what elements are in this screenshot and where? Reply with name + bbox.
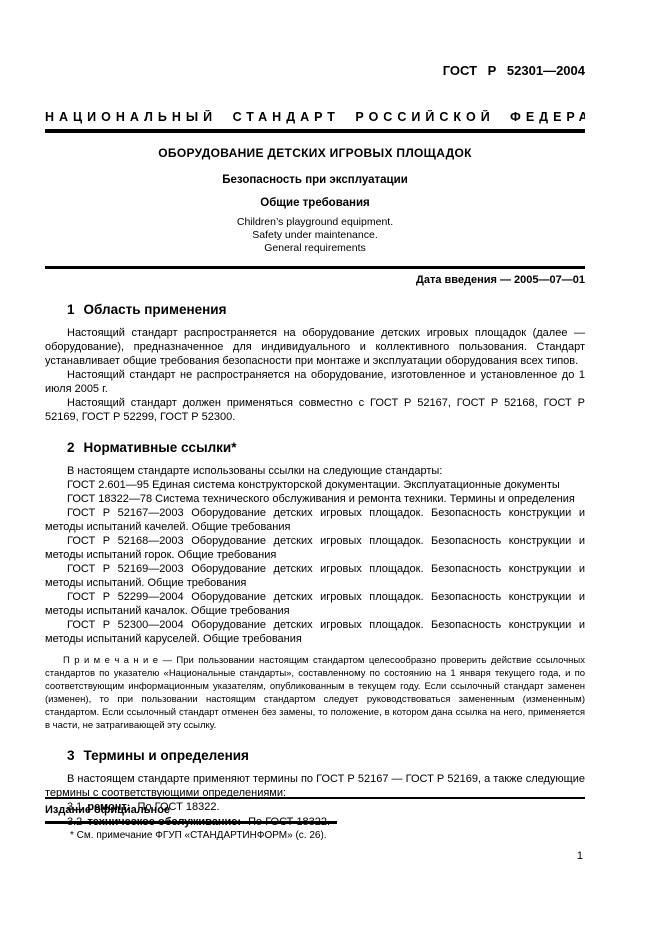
doc-title: ОБОРУДОВАНИЕ ДЕТСКИХ ИГРОВЫХ ПЛОЩАДОК	[45, 146, 585, 160]
edition-label: Издание официальное	[45, 804, 585, 816]
references-note: П р и м е ч а н и е — При пользовании на…	[45, 654, 585, 732]
reference-item-6: ГОСТ Р 52299—2004 Оборудование детских и…	[45, 590, 585, 618]
scope-paragraph-2: Настоящий стандарт не распространяется н…	[45, 368, 585, 396]
doc-title-english: Children’s playground equipment. Safety …	[45, 216, 585, 255]
date-rule	[45, 266, 585, 269]
section-2-title: Нормативные ссылки*	[84, 440, 237, 455]
page-footer: Издание официальное * См. примечание ФГУ…	[45, 797, 585, 862]
reference-item-4: ГОСТ Р 52168—2003 Оборудование детских и…	[45, 534, 585, 562]
header-rule	[45, 129, 585, 133]
footer-rule	[45, 797, 585, 799]
effective-date: Дата введения — 2005—07—01	[45, 274, 585, 286]
section-3-heading: 3Термины и определения	[67, 748, 585, 763]
doc-subtitle-safety: Безопасность при эксплуатации	[45, 174, 585, 186]
doc-subtitle-general: Общие требования	[45, 197, 585, 209]
doc-title-en-line-1: Children’s playground equipment.	[45, 216, 585, 229]
reference-item-5: ГОСТ Р 52169—2003 Оборудование детских и…	[45, 562, 585, 590]
reference-item-7: ГОСТ Р 52300—2004 Оборудование детских и…	[45, 618, 585, 646]
reference-item-2: ГОСТ 18322—78 Система технического обслу…	[45, 492, 585, 506]
section-3-number: 3	[67, 748, 75, 763]
doc-code: ГОСТ Р 52301—2004	[45, 63, 585, 78]
section-2-heading: 2Нормативные ссылки*	[67, 440, 585, 455]
scope-paragraph-1: Настоящий стандарт распространяется на о…	[45, 326, 585, 368]
references-intro: В настоящем стандарте использованы ссылк…	[45, 464, 585, 478]
section-1-number: 1	[67, 302, 75, 317]
page-number: 1	[45, 850, 585, 862]
scope-paragraph-3: Настоящий стандарт должен применяться со…	[45, 396, 585, 424]
section-1-heading: 1Область применения	[67, 302, 585, 317]
section-3-title: Термины и определения	[84, 748, 249, 763]
footnote-rule	[45, 821, 337, 824]
standard-type-heading: НАЦИОНАЛЬНЫЙ СТАНДАРТ РОССИЙСКОЙ ФЕДЕРАЦ…	[45, 110, 585, 124]
terms-intro: В настоящем стандарте применяют термины …	[45, 772, 585, 800]
document-page: ГОСТ Р 52301—2004 НАЦИОНАЛЬНЫЙ СТАНДАРТ …	[0, 0, 661, 936]
reference-item-1: ГОСТ 2.601—95 Единая система конструктор…	[45, 478, 585, 492]
doc-title-en-line-2: Safety under maintenance.	[45, 229, 585, 242]
page-content: ГОСТ Р 52301—2004 НАЦИОНАЛЬНЫЙ СТАНДАРТ …	[45, 0, 585, 829]
section-1-title: Область применения	[84, 302, 227, 317]
doc-title-en-line-3: General requirements	[45, 242, 585, 255]
footnote-text: * См. примечание ФГУП «СТАНДАРТИНФОРМ» (…	[45, 830, 585, 841]
reference-item-3: ГОСТ Р 52167—2003 Оборудование детских и…	[45, 506, 585, 534]
section-2-number: 2	[67, 440, 75, 455]
